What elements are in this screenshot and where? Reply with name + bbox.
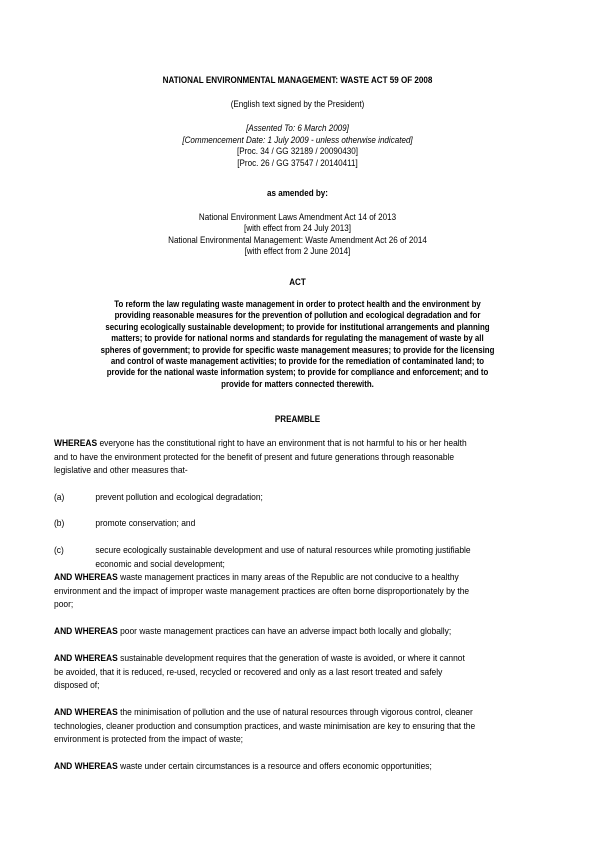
paragraph-text: legislative and other measures that-: [54, 463, 546, 477]
item-text: secure ecologically sustainable developm…: [95, 543, 536, 570]
paragraph-text: environment is protected from the impact…: [54, 732, 546, 746]
long-title-line: securing ecologically sustainable develo…: [48, 321, 548, 332]
paragraph-text: everyone has the constitutional right to…: [97, 437, 467, 448]
amendment-2-act: National Environmental Management: Waste…: [76, 234, 519, 245]
long-title-line: and control of waste management activiti…: [48, 355, 548, 366]
paragraph-text: poor waste management practices can have…: [118, 625, 451, 636]
paragraph-text: be avoided, that it is reduced, re-used,…: [54, 665, 546, 679]
preamble-heading: PREAMBLE: [76, 413, 519, 424]
amendment-1-effect: [with effect from 24 July 2013]: [76, 222, 519, 233]
paragraph-text: environment and the impact of improper w…: [54, 584, 546, 598]
long-title-line: providing reasonable measures for the pr…: [48, 309, 548, 320]
commencement-date: [Commencement Date: 1 July 2009 - unless…: [76, 134, 519, 145]
and-whereas-clause-1: AND WHEREAS waste management practices i…: [54, 570, 546, 611]
paragraph-text: waste management practices in many areas…: [118, 571, 459, 582]
long-title-line: matters; to provide for national norms a…: [48, 332, 548, 343]
long-title-line: spheres of government; to provide for sp…: [48, 344, 548, 355]
and-whereas-lead: AND WHEREAS: [54, 652, 118, 663]
long-title-line: provide for the national waste informati…: [48, 366, 548, 377]
and-whereas-clause-3: AND WHEREAS sustainable development requ…: [54, 651, 546, 692]
paragraph-text: waste under certain circumstances is a r…: [118, 760, 432, 771]
long-title-line: provide for matters connected therewith.: [48, 378, 548, 389]
proclamation-2: [Proc. 26 / GG 37547 / 20140411]: [76, 157, 519, 168]
amendment-1-act: National Environment Laws Amendment Act …: [76, 211, 519, 222]
and-whereas-clause-5: AND WHEREAS waste under certain circumst…: [54, 759, 546, 773]
paragraph-text: technologies, cleaner production and con…: [54, 719, 546, 733]
and-whereas-clause-4: AND WHEREAS the minimisation of pollutio…: [54, 705, 546, 746]
item-text: prevent pollution and ecological degrada…: [95, 490, 536, 504]
whereas-lead: WHEREAS: [54, 437, 97, 448]
long-title: To reform the law regulating waste manag…: [48, 298, 548, 389]
paragraph-text: and to have the environment protected fo…: [54, 450, 546, 464]
amendment-2-effect: [with effect from 2 June 2014]: [76, 245, 519, 256]
and-whereas-lead: AND WHEREAS: [54, 625, 118, 636]
signed-note: (English text signed by the President): [76, 98, 519, 109]
item-label: (b): [54, 516, 64, 530]
amended-heading: as amended by:: [76, 187, 519, 198]
assented-date: [Assented To: 6 March 2009]: [76, 122, 519, 133]
item-text: promote conservation; and: [95, 516, 536, 530]
long-title-line: To reform the law regulating waste manag…: [48, 298, 548, 309]
and-whereas-lead: AND WHEREAS: [54, 760, 118, 771]
item-text-line: secure ecologically sustainable developm…: [95, 543, 536, 557]
paragraph-text: disposed of;: [54, 678, 546, 692]
item-text-line: economic and social development;: [95, 557, 536, 571]
preamble-whereas-paragraph: WHEREAS everyone has the constitutional …: [54, 436, 546, 477]
paragraph-text: poor;: [54, 597, 546, 611]
document-title: NATIONAL ENVIRONMENTAL MANAGEMENT: WASTE…: [76, 74, 519, 85]
paragraph-text: the minimisation of pollution and the us…: [118, 706, 473, 717]
item-label: (a): [54, 490, 64, 504]
and-whereas-lead: AND WHEREAS: [54, 706, 118, 717]
and-whereas-clause-2: AND WHEREAS poor waste management practi…: [54, 624, 546, 638]
proclamation-1: [Proc. 34 / GG 32189 / 20090430]: [76, 145, 519, 156]
item-label: (c): [54, 543, 64, 557]
paragraph-text: sustainable development requires that th…: [118, 652, 465, 663]
and-whereas-lead: AND WHEREAS: [54, 571, 118, 582]
act-heading: ACT: [76, 276, 519, 287]
